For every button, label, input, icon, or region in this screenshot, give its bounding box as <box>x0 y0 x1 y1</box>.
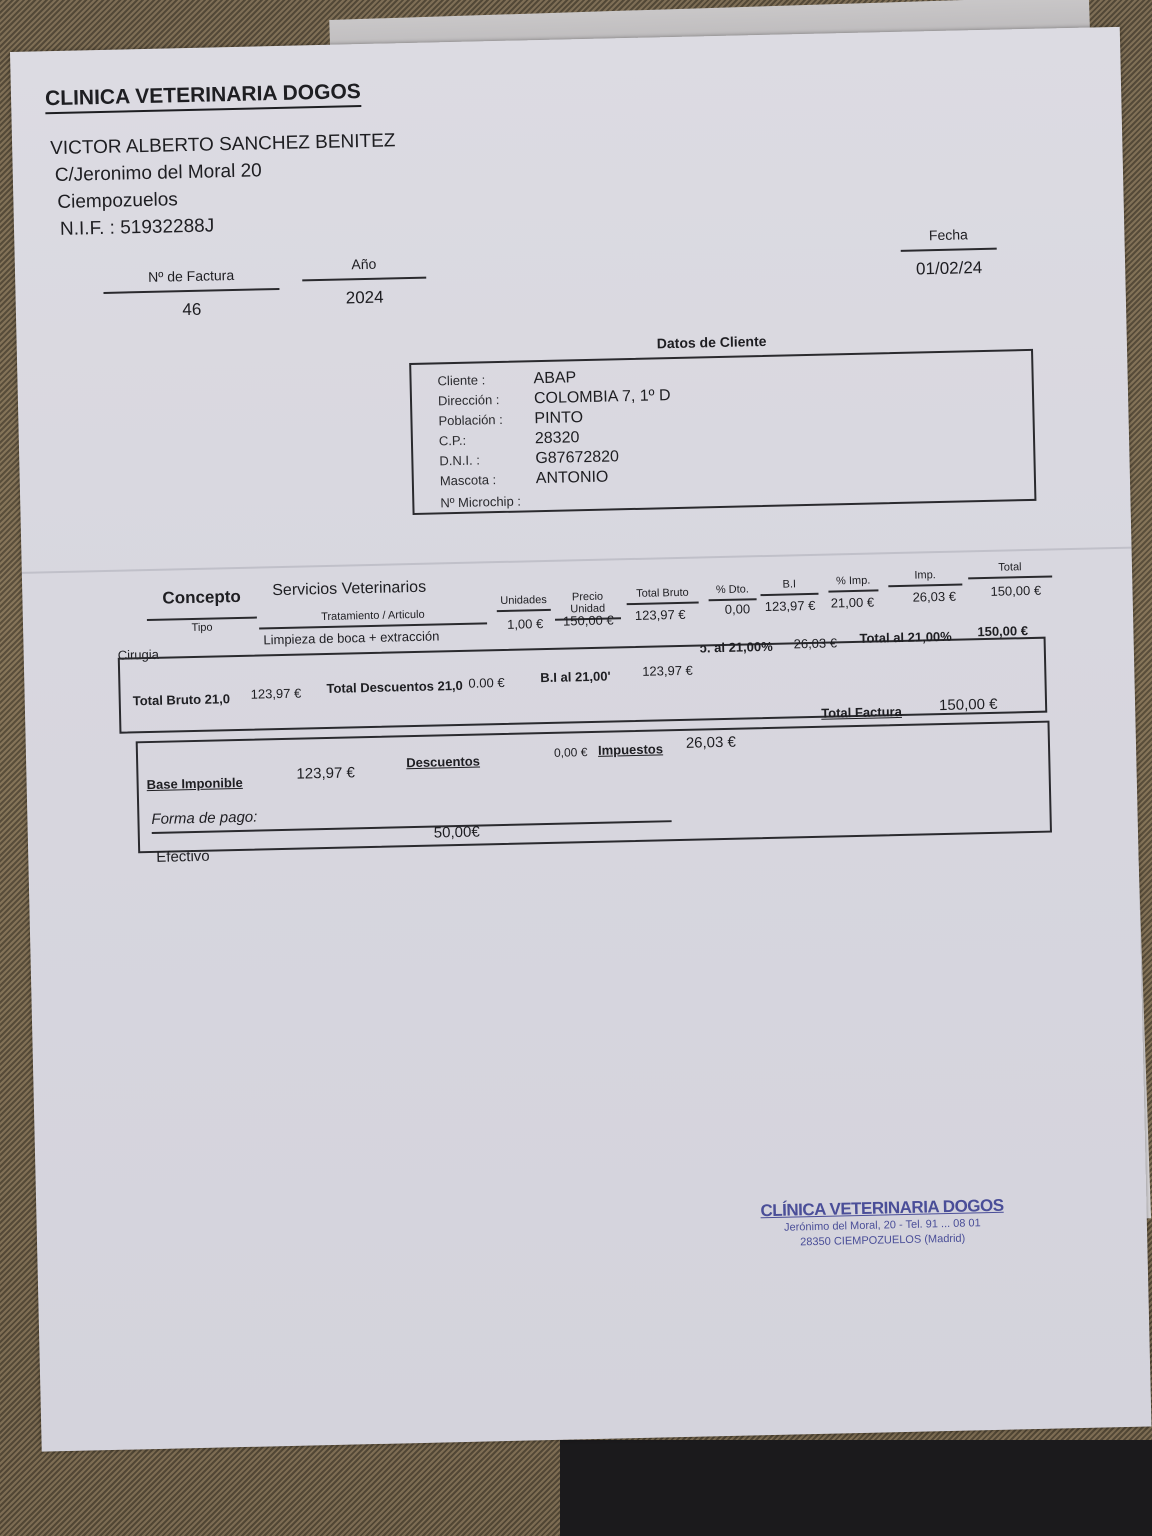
col-header-bi-text: B.I <box>760 578 818 596</box>
issuer-block: VICTOR ALBERTO SANCHEZ BENITEZ C/Jeronim… <box>50 127 398 243</box>
invoice-year-value: 2024 <box>302 279 427 310</box>
client-label: Dirección : <box>438 391 534 408</box>
line-tratamiento: Limpieza de boca + extracción <box>263 628 439 647</box>
tax-bi-label: B.I al 21,00' <box>540 669 611 686</box>
client-label: Mascota : <box>440 471 536 488</box>
col-header-dto-text: % Dto. <box>708 583 756 601</box>
client-label: C.P.: <box>439 431 535 448</box>
client-value: ABAP <box>533 369 576 387</box>
client-row-mascota: Mascota :ANTONIO <box>440 469 609 491</box>
col-header-imp-pct: % Imp. <box>828 574 878 592</box>
col-header-total-bruto-text: Total Bruto <box>626 587 698 606</box>
invoice-paper: CLINICA VETERINARIA DOGOS VICTOR ALBERTO… <box>10 27 1151 1452</box>
client-value: PINTO <box>534 409 583 427</box>
line-imp-pct: 21,00 € <box>831 595 875 611</box>
tax-summary-box <box>118 637 1047 734</box>
client-row-cp: C.P.:28320 <box>439 429 580 450</box>
col-header-imp-text: Imp. <box>888 569 962 588</box>
base-imponible-label: Base Imponible <box>146 775 242 792</box>
col-header-bi: B.I <box>760 578 818 596</box>
line-unidades: 1,00 € <box>507 616 543 632</box>
col-header-imp-pct-text: % Imp. <box>828 574 878 592</box>
concept-value: Servicios Veterinarios <box>272 579 426 600</box>
tax-total-label: Total al 21,00% <box>859 629 952 646</box>
line-imp: 26,03 € <box>912 589 956 605</box>
invoice-year-field: Año 2024 <box>302 255 427 310</box>
total-factura-value: 150,00 € <box>939 696 998 714</box>
line-bi: 123,97 € <box>765 598 816 614</box>
tax-imp-label: ɔ. al 21,00% <box>700 639 773 656</box>
tax-descuentos-label: Total Descuentos 21,0 <box>326 678 463 696</box>
client-value: ANTONIO <box>536 469 609 488</box>
invoice-date-field: Fecha 01/02/24 <box>900 226 997 280</box>
descuentos-label: Descuentos <box>406 754 480 771</box>
tax-imp-value: 26,03 € <box>793 635 837 651</box>
clinic-title: CLINICA VETERINARIA DOGOS <box>45 80 361 114</box>
totals-box <box>136 721 1052 854</box>
tax-bruto-label: Total Bruto 21,0 <box>133 691 231 708</box>
col-header-unidades: Unidades <box>496 594 550 612</box>
client-data-box: Cliente :ABAP Dirección :COLOMBIA 7, 1º … <box>409 349 1036 515</box>
col-header-tratamiento-text: Tratamiento / Articulo <box>259 607 487 629</box>
client-row-direccion: Dirección :COLOMBIA 7, 1º D <box>438 387 671 410</box>
client-row-cliente: Cliente :ABAP <box>437 369 576 390</box>
clinic-stamp: CLÍNICA VETERINARIA DOGOS Jerónimo del M… <box>760 1196 1004 1252</box>
impuestos-label: Impuestos <box>598 741 663 757</box>
paper-fold-line <box>22 547 1132 574</box>
line-dto: 0,00 <box>725 601 751 617</box>
dark-background-object <box>560 1440 1152 1536</box>
tax-descuentos-value: 0.00 € <box>468 675 504 691</box>
client-row-microchip: Nº Microchip : <box>440 492 536 512</box>
descuentos-value: 0,00 € <box>554 745 588 760</box>
base-imponible-value: 123,97 € <box>296 764 355 782</box>
col-header-total: Total <box>968 560 1052 579</box>
client-label: Nº Microchip : <box>440 493 536 510</box>
col-header-dto: % Dto. <box>708 583 756 601</box>
client-label: Cliente : <box>437 371 533 388</box>
col-header-tipo: Tipo <box>147 617 257 635</box>
client-row-dni: D.N.I. :G87672820 <box>439 448 619 470</box>
invoice-number-field: Nº de Factura 46 <box>103 266 280 322</box>
line-total-bruto: 123,97 € <box>635 607 686 623</box>
paid-amount: 50,00€ <box>434 824 480 842</box>
client-row-poblacion: Población :PINTO <box>438 409 583 430</box>
payment-method: Efectivo <box>156 848 210 866</box>
invoice-year-label: Año <box>302 255 427 282</box>
col-header-unidades-text: Unidades <box>496 594 550 612</box>
client-value: 28320 <box>535 429 580 447</box>
line-total: 150,00 € <box>990 583 1041 599</box>
client-value: G87672820 <box>535 448 619 467</box>
impuestos-value: 26,03 € <box>686 734 736 752</box>
invoice-date-value: 01/02/24 <box>901 250 998 280</box>
concept-label: Concepto <box>162 587 241 609</box>
total-factura-label: Total Factura <box>821 704 902 721</box>
client-data-heading: Datos de Cliente <box>657 333 767 351</box>
client-value: COLOMBIA 7, 1º D <box>534 387 671 407</box>
col-header-total-text: Total <box>968 560 1052 579</box>
invoice-date-label: Fecha <box>900 226 997 252</box>
tax-bruto-value: 123,97 € <box>250 686 301 702</box>
col-header-imp: Imp. <box>888 569 962 588</box>
client-label: Población : <box>438 411 534 428</box>
tax-total-value: 150,00 € <box>977 623 1028 639</box>
invoice-number-value: 46 <box>104 290 281 322</box>
line-precio-unidad: 150,00 € <box>563 612 614 628</box>
client-label: D.N.I. : <box>439 451 535 468</box>
tax-bi-value: 123,97 € <box>642 663 693 679</box>
col-header-total-bruto: Total Bruto <box>626 587 698 606</box>
col-header-tratamiento: Tratamiento / Articulo <box>259 607 487 629</box>
